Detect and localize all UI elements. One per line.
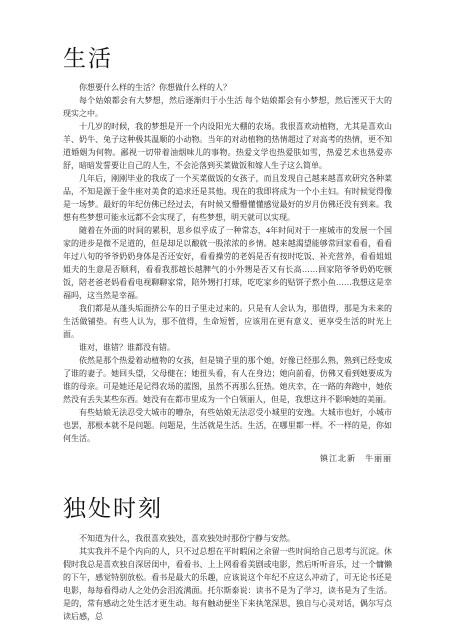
paragraph: 依然是那个热爱着动植物的女孩，但是镜子里的那个她，好像已经那么熟，熟到已经变成了…	[63, 354, 392, 406]
essay-section-solitude: 独处时刻 不知道为什么，我很喜欢独处，喜欢独处时那份宁静与安然。 其实我并不是个…	[63, 496, 392, 622]
paragraph: 十几岁的时候，我的梦想是开一个内设阳光大棚的农场。我很喜欢动植物，尤其是喜欢山羊…	[63, 120, 392, 172]
essay-section-life: 生活 你想要什么样的生活？你想做什么样的人？ 每个姑娘都会有大梦想，然后逐渐归于…	[63, 46, 392, 465]
paragraph: 随着在外面的时间的累积，思乡似乎成了一种常态，4年时间对于一座城市的发展一个国家…	[63, 224, 392, 302]
document-page: 生活 你想要什么样的生活？你想做什么样的人？ 每个姑娘都会有大梦想，然后逐渐归于…	[0, 0, 451, 638]
essay-body-life: 你想要什么样的生活？你想做什么样的人？ 每个姑娘都会有大梦想，然后逐渐归于小生活…	[63, 81, 392, 445]
section-title-solitude: 独处时刻	[63, 496, 392, 522]
paragraph: 每个姑娘都会有大梦想，然后逐渐归于小生活 每个姑娘都会有小梦想，然后湮灭于大的现…	[63, 94, 392, 120]
paragraph: 几年后，刚刚毕业的我成了一个买菜做饭的女孩子，而且发现自己越来越喜欢研究各种菜品…	[63, 172, 392, 224]
paragraph: 不知道为什么，我很喜欢独处，喜欢独处时那份宁静与安然。	[63, 532, 392, 545]
paragraph: 其实我并不是个内向的人，只不过总想在平时暇闲之余留一些时间给自己思考与沉淀。休假…	[63, 545, 392, 623]
paragraph: 你想要什么样的生活？你想做什么样的人？	[63, 81, 392, 94]
section-title-life: 生活	[63, 46, 392, 72]
essay-body-solitude: 不知道为什么，我很喜欢独处，喜欢独处时那份宁静与安然。 其实我并不是个内向的人，…	[63, 532, 392, 623]
paragraph: 有些姑娘无法忍受大城市的嘈杂，有些姑娘无法忍受小城里的安逸。大城市也好，小城市也…	[63, 406, 392, 445]
paragraph: 我们都是从蓬头垢面挤公车的日子里走过来的。只是有人会认为，那值得，那是为未来的生…	[63, 302, 392, 341]
paragraph: 谁对，谁错？谁都没有错。	[63, 341, 392, 354]
author-signature: 镇江北新 牛丽丽	[63, 452, 392, 465]
